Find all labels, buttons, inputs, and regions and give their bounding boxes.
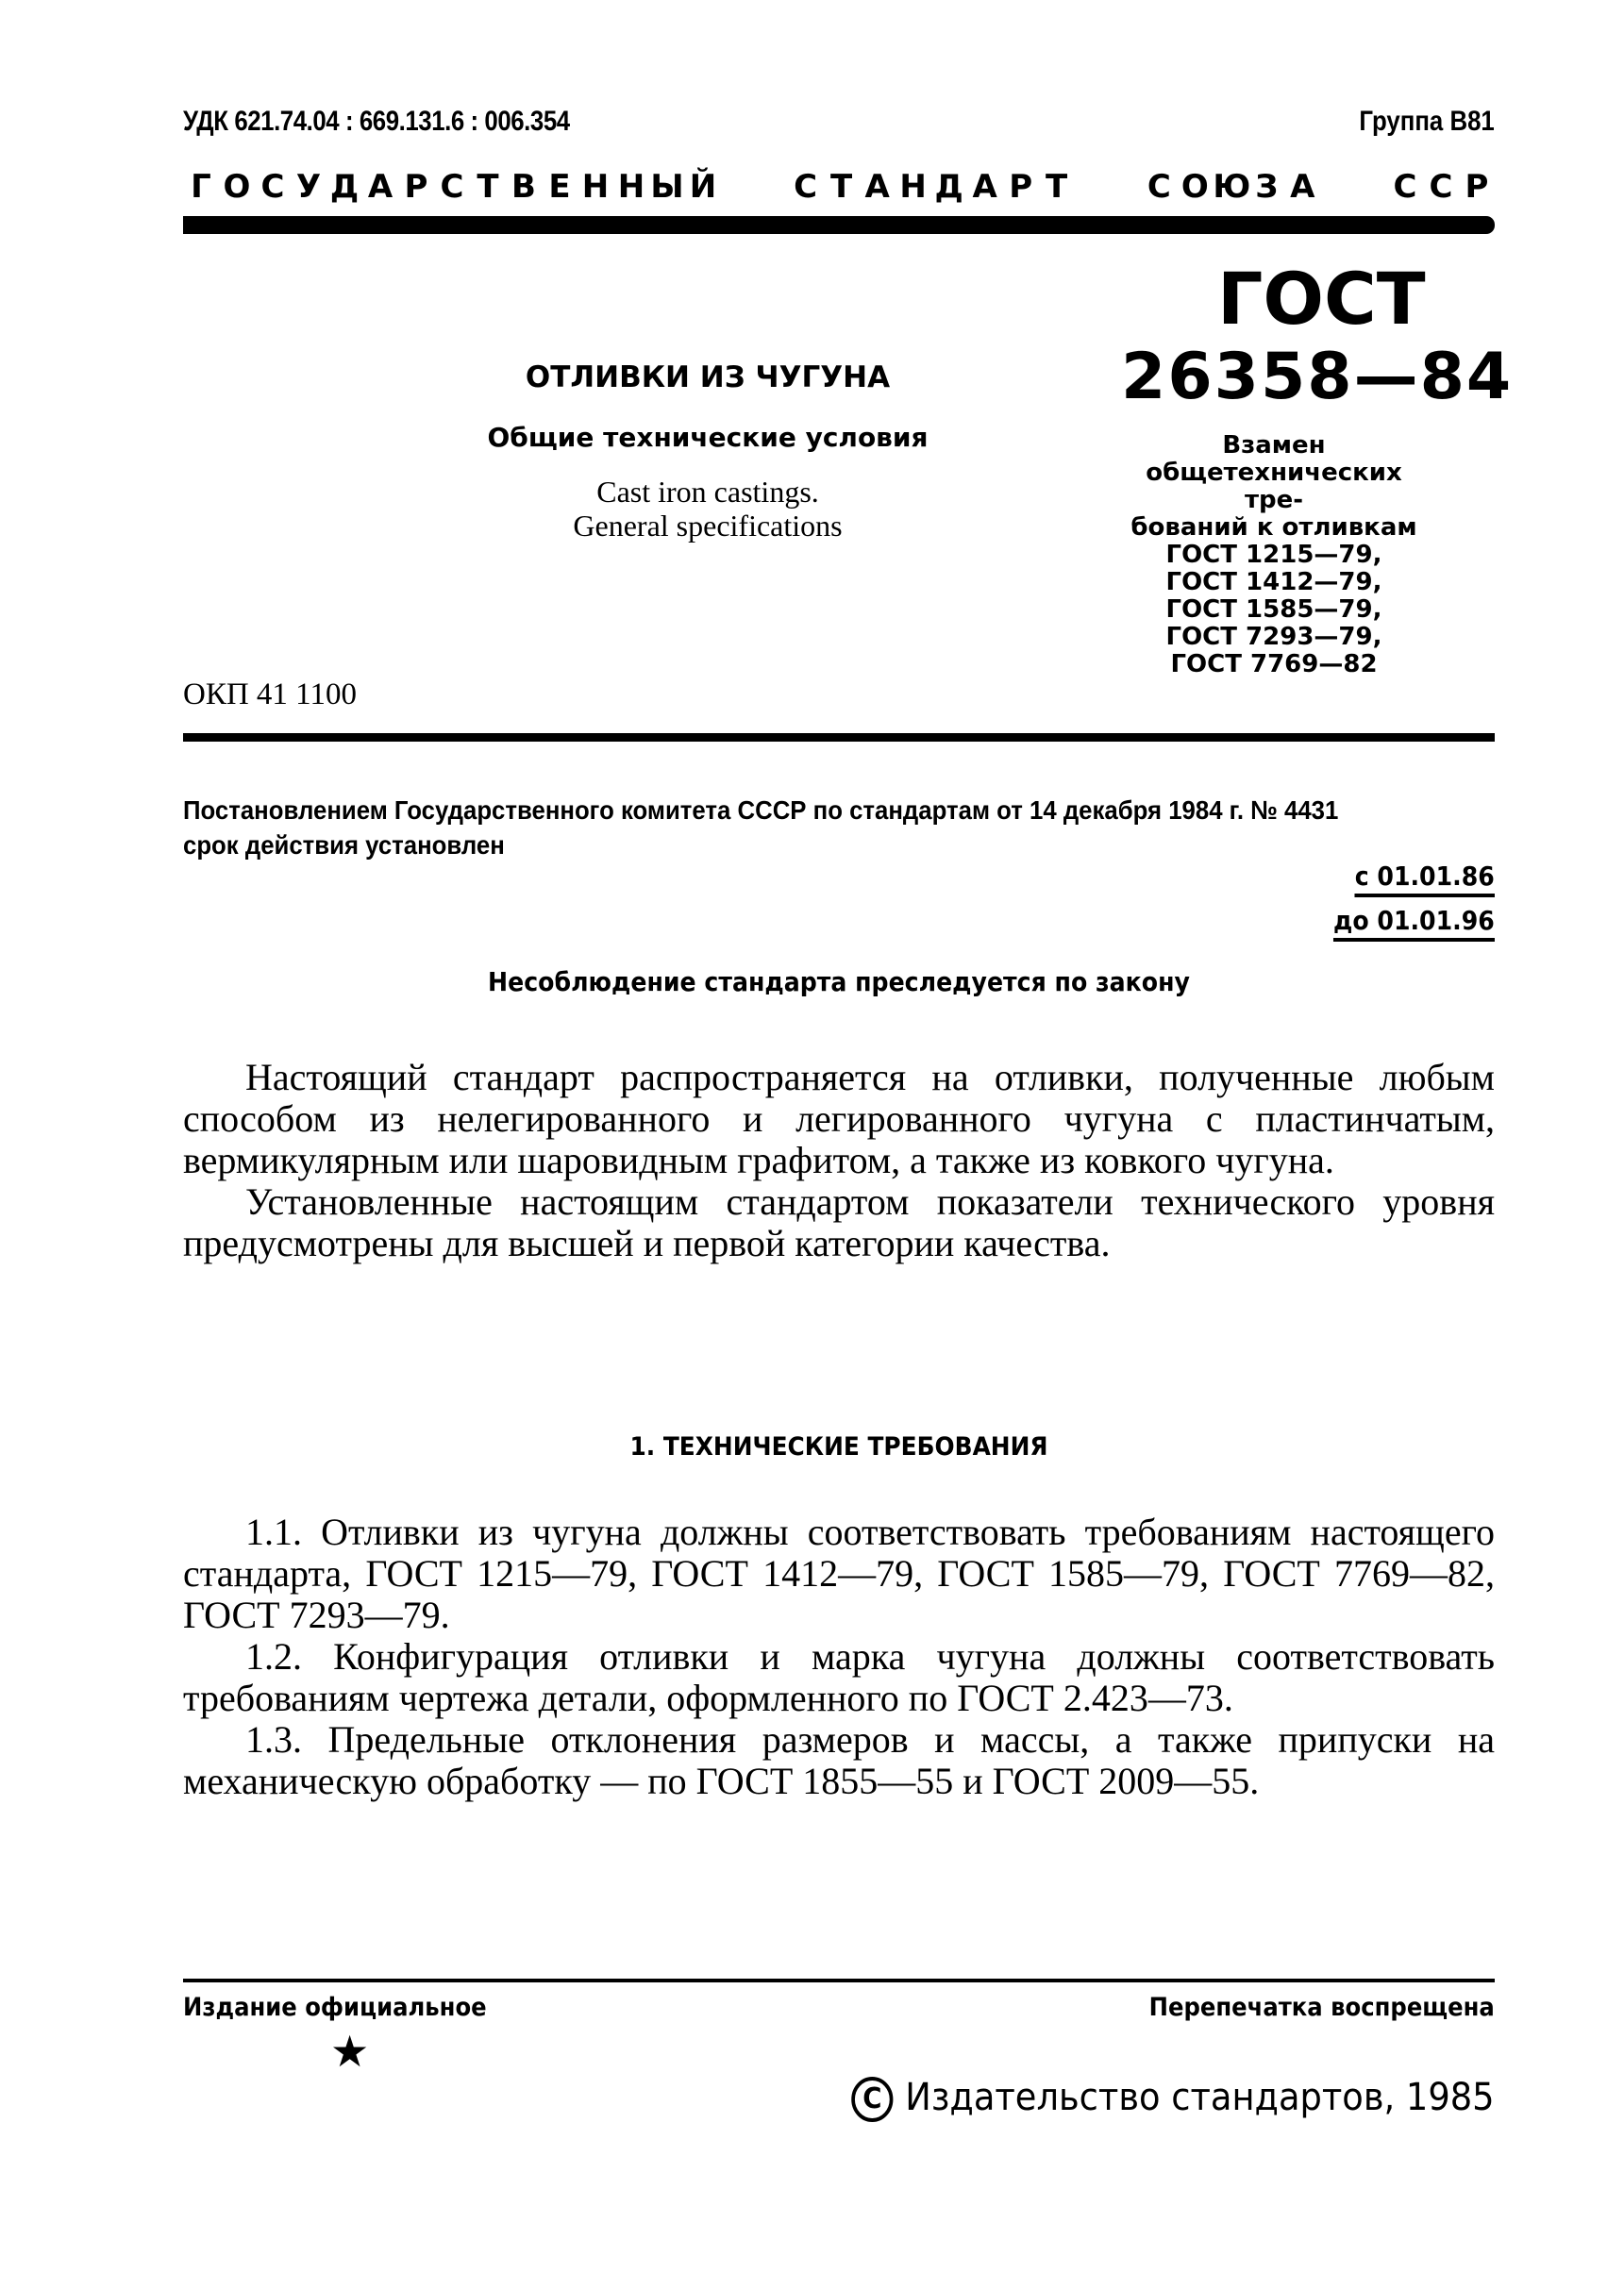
replaces-line: ГОСТ 1412—79, bbox=[1113, 569, 1434, 596]
title-en-line-2: General specifications bbox=[377, 509, 1038, 543]
copyright-icon: C bbox=[852, 2077, 894, 2122]
reprint-prohibited-label: Перепечатка воспрещена bbox=[1149, 1993, 1495, 2022]
star-icon: ★ bbox=[330, 2031, 369, 2074]
official-edition-label: Издание официальное bbox=[183, 1993, 487, 2022]
group-code: Группа В81 bbox=[1360, 106, 1495, 138]
intro-paragraph: Настоящий стандарт распространяется на о… bbox=[183, 1057, 1495, 1181]
okp-code: ОКП 41 1100 bbox=[183, 677, 357, 712]
replaces-line: ГОСТ 7293—79, bbox=[1113, 624, 1434, 651]
valid-to: до 01.01.96 bbox=[1333, 905, 1495, 942]
requirement-item: 1.2. Конфигурация отливки и марка чугуна… bbox=[183, 1636, 1495, 1719]
gost-label: ГОСТ bbox=[1217, 257, 1426, 341]
replaces-line: общетехнических тре- bbox=[1113, 460, 1434, 514]
state-standard-heading: ГОСУДАРСТВЕННЫЙСТАНДАРТСОЮЗАССР bbox=[183, 168, 1495, 206]
replaces-list: Взаменобщетехнических тре-бований к отли… bbox=[1113, 432, 1434, 678]
law-notice: Несоблюдение стандарта преследуется по з… bbox=[249, 966, 1430, 997]
footer-rule bbox=[183, 1979, 1495, 1982]
header-rule bbox=[183, 216, 1495, 234]
gost-number: 26358—84 bbox=[1121, 340, 1513, 414]
state-standard-word: СОЮЗА bbox=[1141, 168, 1320, 206]
publisher-name: Издательство стандартов, 1985 bbox=[906, 2076, 1495, 2119]
requirement-item: 1.3. Предельные отклонения размеров и ма… bbox=[183, 1719, 1495, 1802]
section-heading: 1. ТЕХНИЧЕСКИЕ ТРЕБОВАНИЯ bbox=[236, 1432, 1443, 1462]
state-standard-word: ГОСУДАРСТВЕННЫЙ bbox=[183, 168, 721, 206]
document-title-english: Cast iron castings. General specificatio… bbox=[377, 475, 1038, 543]
intro-paragraph: Установленные настоящим стандартом показ… bbox=[183, 1181, 1495, 1264]
document-subtitle: Общие технические условия bbox=[377, 422, 1038, 453]
section-rule bbox=[183, 733, 1495, 742]
requirement-item: 1.1. Отливки из чугуна должны соответств… bbox=[183, 1512, 1495, 1636]
replaces-line: бований к отливкам bbox=[1113, 514, 1434, 542]
state-standard-word: ССР bbox=[1387, 168, 1495, 206]
requirements-section: 1.1. Отливки из чугуна должны соответств… bbox=[183, 1512, 1495, 1802]
udk-code: УДК 621.74.04 : 669.131.6 : 006.354 bbox=[183, 106, 570, 138]
document-title: ОТЛИВКИ ИЗ ЧУГУНА bbox=[377, 360, 1038, 394]
decree-text: Постановлением Государственного комитета… bbox=[183, 793, 1390, 862]
copyright-line: CИздательство стандартов, 1985 bbox=[852, 2076, 1495, 2122]
replaces-line: ГОСТ 1585—79, bbox=[1113, 596, 1434, 624]
valid-from: с 01.01.86 bbox=[1355, 861, 1495, 897]
replaces-line: Взамен bbox=[1113, 432, 1434, 460]
validity-dates: с 01.01.86 до 01.01.96 bbox=[1333, 861, 1495, 949]
replaces-line: ГОСТ 1215—79, bbox=[1113, 542, 1434, 569]
intro-section: Настоящий стандарт распространяется на о… bbox=[183, 1057, 1495, 1264]
title-en-line-1: Cast iron castings. bbox=[377, 475, 1038, 509]
state-standard-word: СТАНДАРТ bbox=[788, 168, 1075, 206]
replaces-line: ГОСТ 7769—82 bbox=[1113, 651, 1434, 678]
